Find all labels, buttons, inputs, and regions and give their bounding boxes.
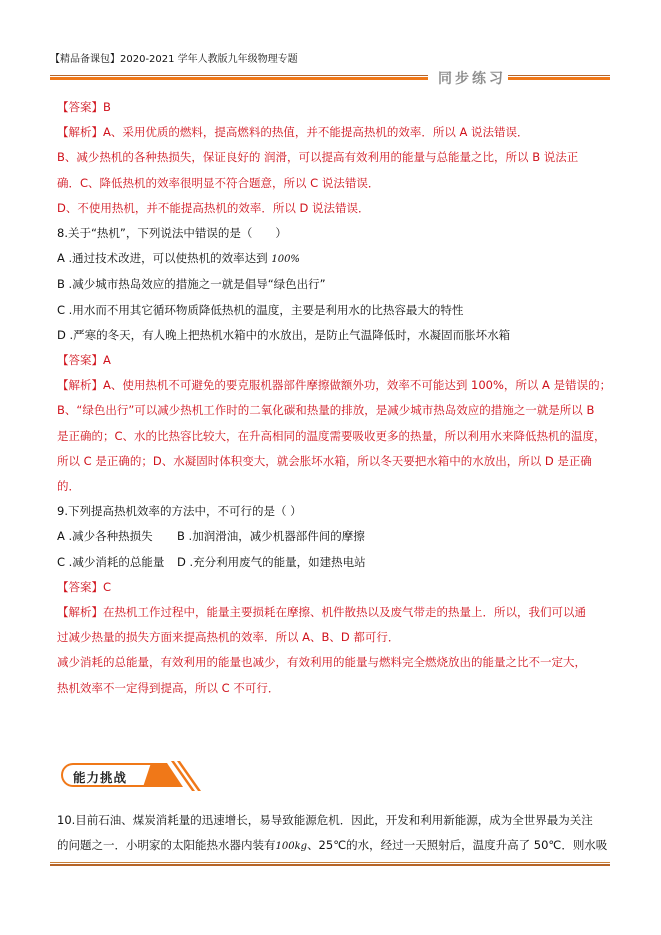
q7-analysis-line: B、减少热机的各种热损失，保证良好的 润滑，可以提高有效利用的能量与总能量之比，…: [57, 145, 617, 170]
q9-options-row: C .减少消耗的总能量 D .充分利用废气的能量，如建热电站: [57, 550, 617, 575]
q9-analysis-line: 热机效率不一定得到提高，所以 C 不可行．: [57, 676, 617, 701]
badge-label: 能力挑战: [73, 768, 127, 786]
q10-line: 的问题之一．小明家的太阳能热水器内装有100kg、25℃的水，经过一天照射后，温…: [57, 833, 617, 859]
q9-analysis-line: 减少消耗的总能量，有效利用的能量也减少，有效利用的能量与燃料完全燃烧放出的能量之…: [57, 650, 617, 675]
analysis-label: 【解析】: [57, 378, 103, 392]
q8-stem: 8.关于“热机”，下列说法中错误的是（ ）: [57, 221, 617, 246]
q7-analysis-line: 确．C、降低热机的效率很明显不符合题意，所以 C 说法错误．: [57, 171, 617, 196]
answer-label: 【答案】: [57, 353, 103, 367]
footer-rule: [50, 862, 610, 866]
q8-option-c: C .用水而不用其它循环物质降低热机的温度，主要是利用水的比热容最大的特性: [57, 298, 617, 323]
q8-analysis-line: B、“绿色出行”可以减少热机工作时的二氧化碳和热量的排放，是减少城市热岛效应的措…: [57, 398, 617, 423]
q9-option-b: B .加润滑油，减少机器部件间的摩擦: [177, 524, 365, 549]
q8-analysis-line: 所以 C 是正确的；D、水凝固时体积变大，就会胀坏水箱，所以冬天要把水箱中的水放…: [57, 449, 617, 474]
q9-option-d: D .充分利用废气的能量，如建热电站: [177, 550, 366, 575]
analysis-label: 【解析】: [57, 125, 103, 139]
q9-answer: 【答案】C: [57, 575, 617, 600]
answer-value: C: [103, 580, 111, 594]
answer-label: 【答案】: [57, 100, 103, 114]
document-header-title: 【精品备课包】2020-2021 学年人教版九年级物理专题: [50, 50, 298, 65]
q9-analysis-line: 过减少热量的损失方面来提高热机的效率．所以 A、B、D 都可行．: [57, 625, 617, 650]
answer-value: B: [103, 100, 111, 114]
section-tag: 同步练习: [438, 68, 506, 88]
q10-stem: 10.目前石油、煤炭消耗量的迅速增长，易导致能源危机．因此，开发和利用新能源，成…: [57, 808, 617, 859]
q9-option-c: C .减少消耗的总能量: [57, 550, 177, 575]
section-badge-ability-challenge: 能力挑战: [61, 761, 191, 791]
q8-option-a: A .通过技术改进，可以使热机的效率达到 100%: [57, 246, 617, 272]
q8-analysis-line: 是正确的；C、水的比热容比较大，在升高相同的温度需要吸收更多的热量，所以利用水来…: [57, 424, 617, 449]
q9-stem: 9.下列提高热机效率的方法中，不可行的是（ ）: [57, 499, 617, 524]
q7-analysis-line: D、不使用热机，并不能提高热机的效率．所以 D 说法错误．: [57, 196, 617, 221]
q9-options-row: A .减少各种热损失 B .加润滑油，减少机器部件间的摩擦: [57, 524, 617, 549]
q7-analysis-line: 【解析】A、采用优质的燃料，提高燃料的热值，并不能提高热机的效率．所以 A 说法…: [57, 120, 617, 145]
q8-analysis-line: 的．: [57, 474, 617, 499]
q8-analysis-line: 【解析】A、使用热机不可避免的要克服机器部件摩擦做额外功，效率不可能达到 100…: [57, 373, 617, 398]
q8-option-b: B .减少城市热岛效应的措施之一就是倡导“绿色出行”: [57, 272, 617, 297]
q10-line: 10.目前石油、煤炭消耗量的迅速增长，易导致能源危机．因此，开发和利用新能源，成…: [57, 808, 617, 833]
q7-answer: 【答案】B: [57, 95, 617, 120]
q9-option-a: A .减少各种热损失: [57, 524, 177, 549]
q8-answer: 【答案】A: [57, 348, 617, 373]
header-rule-left: [50, 75, 428, 81]
q8-option-d: D .严寒的冬天，有人晚上把热机水箱中的水放出，是防止气温降低时，水凝固而胀坏水…: [57, 323, 617, 348]
answer-label: 【答案】: [57, 580, 103, 594]
document-body: 【答案】B 【解析】A、采用优质的燃料，提高燃料的热值，并不能提高热机的效率．所…: [57, 95, 617, 701]
answer-value: A: [103, 353, 111, 367]
header-rule-right: [508, 75, 610, 81]
analysis-label: 【解析】: [57, 605, 103, 619]
q9-analysis-line: 【解析】在热机工作过程中，能量主要损耗在摩擦、机件散热以及废气带走的热量上．所以…: [57, 600, 617, 625]
